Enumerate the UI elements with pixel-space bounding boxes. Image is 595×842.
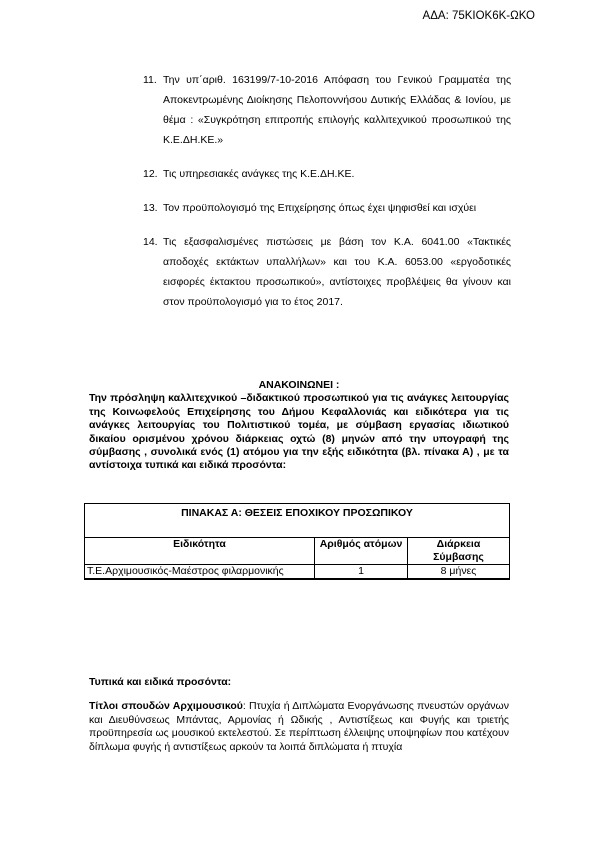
item-text: Τον προϋπολογισμό της Επιχείρησης όπως έ… — [163, 198, 511, 218]
announcement-body: Την πρόσληψη καλλιτεχνικού –διδακτικού π… — [89, 392, 509, 472]
item-text: Τις υπηρεσιακές ανάγκες της Κ.Ε.ΔΗ.ΚΕ. — [163, 164, 511, 184]
table-cell: 8 μήνες — [408, 565, 510, 580]
table-row: Τ.Ε.Αρχιμουσικός-Μαέστρος φιλαρμονικής 1… — [85, 565, 510, 580]
considerations-list: 11. Την υπ΄αριθ. 163199/7-10-2016 Απόφασ… — [143, 70, 511, 326]
requirements-text: Τίτλοι σπουδών Αρχιμουσικού: Πτυχία ή Δι… — [89, 700, 509, 754]
item-number: 13. — [143, 198, 163, 218]
list-item: 12. Τις υπηρεσιακές ανάγκες της Κ.Ε.ΔΗ.Κ… — [143, 164, 511, 184]
list-item: 13. Τον προϋπολογισμό της Επιχείρησης όπ… — [143, 198, 511, 218]
table-title: ΠΙΝΑΚΑΣ Α: ΘΕΣΕΙΣ ΕΠΟΧΙΚΟΥ ΠΡΟΣΩΠΙΚΟΥ — [85, 504, 510, 538]
item-number: 11. — [143, 70, 163, 150]
table-cell: Τ.Ε.Αρχιμουσικός-Μαέστρος φιλαρμονικής — [85, 565, 315, 580]
list-item: 14. Τις εξασφαλισμένες πιστώσεις με βάση… — [143, 232, 511, 312]
item-text: Την υπ΄αριθ. 163199/7-10-2016 Απόφαση το… — [163, 70, 511, 150]
column-header: Αριθμός ατόμων — [315, 538, 408, 565]
requirements-label: Τίτλοι σπουδών Αρχιμουσικού — [89, 700, 243, 712]
column-header: Ειδικότητα — [85, 538, 315, 565]
announcement-title: ΑΝΑΚΟΙΝΩΝΕΙ : — [89, 379, 509, 392]
requirements-title: Τυπικά και ειδικά προσόντα: — [89, 676, 231, 688]
positions-table: ΠΙΝΑΚΑΣ Α: ΘΕΣΕΙΣ ΕΠΟΧΙΚΟΥ ΠΡΟΣΩΠΙΚΟΥ Ει… — [84, 503, 510, 580]
ada-code: ΑΔΑ: 75ΚΙΟΚ6Κ-ΩΚΟ — [423, 10, 535, 22]
item-number: 12. — [143, 164, 163, 184]
list-item: 11. Την υπ΄αριθ. 163199/7-10-2016 Απόφασ… — [143, 70, 511, 150]
item-number: 14. — [143, 232, 163, 312]
table-cell: 1 — [315, 565, 408, 580]
announcement: ΑΝΑΚΟΙΝΩΝΕΙ : Την πρόσληψη καλλιτεχνικού… — [89, 379, 509, 473]
column-header: Διάρκεια Σύμβασης — [408, 538, 510, 565]
item-text: Τις εξασφαλισμένες πιστώσεις με βάση τον… — [163, 232, 511, 312]
